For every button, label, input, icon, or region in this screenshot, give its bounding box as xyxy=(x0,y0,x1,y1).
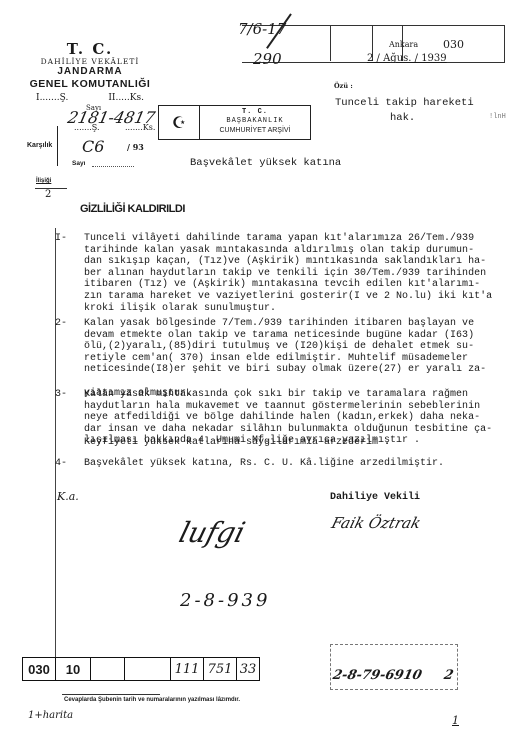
register-divider xyxy=(330,25,331,61)
paragraph-number: 4- xyxy=(55,458,67,470)
code-box: 10 xyxy=(56,658,91,680)
karsilik-label: Karşılık xyxy=(27,142,52,149)
karsilik-bracket xyxy=(57,126,58,166)
footnote: Cevaplarda Şubenin tarih ve numaralarını… xyxy=(64,697,240,703)
signer-title: Dahiliye Vekili xyxy=(330,492,420,503)
side-mark: !lnH xyxy=(489,113,506,121)
archive-stamp: ☪ T. C. BAŞBAKANLIK CUMHURİYET ARŞİVİ xyxy=(158,105,311,140)
paragraph-1: I- Tunceli vilâyeti dahilinde tarama yap… xyxy=(55,233,505,314)
register-place: Ankara xyxy=(389,40,418,49)
subject-line2: hak. xyxy=(390,112,415,124)
code-box: 751 xyxy=(204,658,237,680)
karsilik-value: C6 xyxy=(82,137,104,156)
addressee: Başvekâlet yüksek katına xyxy=(190,157,341,169)
code-box: 111 xyxy=(171,658,204,680)
karsilik-year: / 93 xyxy=(127,142,144,152)
archive-stamp-line2: BAŞBAKANLIK xyxy=(200,117,310,126)
archive-code-boxes: 030 10 111 751 33 xyxy=(22,657,260,681)
handwritten-initials: lufgi xyxy=(176,516,249,549)
paragraph-4: 4- Başvekâlet yüksek katına, Rs. C. U. K… xyxy=(55,458,505,470)
letterhead-tc: T. C. xyxy=(20,40,160,58)
paragraph-number: 3- xyxy=(55,389,67,401)
register-code: 030 xyxy=(443,38,464,51)
handwritten-date: 2-8-939 xyxy=(180,590,270,611)
code-box: 030 xyxy=(23,658,56,680)
footnote-divider xyxy=(62,694,160,695)
archive-stamp-line1: T. C. xyxy=(200,108,310,117)
crescent-star-icon: ☪ xyxy=(159,106,200,139)
attachment-note: 1+harita xyxy=(28,710,73,721)
letterhead-unit: JANDARMA xyxy=(20,66,160,77)
receipt-stamp-number: 2-8-79-6910 xyxy=(331,668,423,683)
archive-stamp-line3: CUMHURİYET ARŞİVİ xyxy=(200,126,310,135)
margin-note: K.a. xyxy=(57,490,79,503)
receipt-stamp-text: 2-8-79-6910 2 xyxy=(331,668,454,683)
sayi2-label: Sayı xyxy=(72,160,85,167)
code-box: 33 xyxy=(237,658,259,680)
paragraph-text: Tunceli vilâyeti dahilinde tarama yapan … xyxy=(84,233,505,314)
register-date: 2 / Ağus. / 1939 xyxy=(367,53,447,64)
paragraph-text: Kalan yasak bölgesinde 7/Tem./939 tarihi… xyxy=(84,318,505,399)
ilisik-label: İlişiği xyxy=(36,178,51,184)
subject-label: Özü : xyxy=(334,82,353,90)
paragraph-number: I- xyxy=(55,233,67,245)
paragraph-2: 2- Kalan yasak bölgesinde 7/Tem./939 tar… xyxy=(55,318,505,399)
subject-line1: Tunceli takip hareketi xyxy=(335,97,474,109)
ilisik-value: 2 xyxy=(45,189,51,200)
code-box xyxy=(125,658,171,680)
signer-signature: Faik Öztrak xyxy=(330,514,423,532)
register-handwritten-bottom: 290 xyxy=(253,50,282,68)
letterhead-section: I.......Ş. II.....Ks. xyxy=(20,93,160,103)
letterhead-command: GENEL KOMUTANLIĞI xyxy=(20,78,160,90)
sayi2-dotted-line xyxy=(92,166,134,167)
receipt-stamp xyxy=(330,644,458,690)
paragraph-number: 2- xyxy=(55,318,67,330)
code-box xyxy=(91,658,125,680)
ks-line: .......Ş. .......Ks. xyxy=(74,123,155,132)
closing-line: Keyfiyeti yüksek katlarına saygılarımla … xyxy=(84,437,390,448)
letterhead-ministry: DAHİLİYE VEKÂLETİ xyxy=(20,57,160,66)
page-number: 1 xyxy=(452,714,459,727)
classification-stamp: GİZLİLİĞİ KALDIRILDI xyxy=(80,203,185,215)
paragraph-text: Başvekâlet yüksek katına, Rs. C. U. Kâ.l… xyxy=(84,458,505,470)
